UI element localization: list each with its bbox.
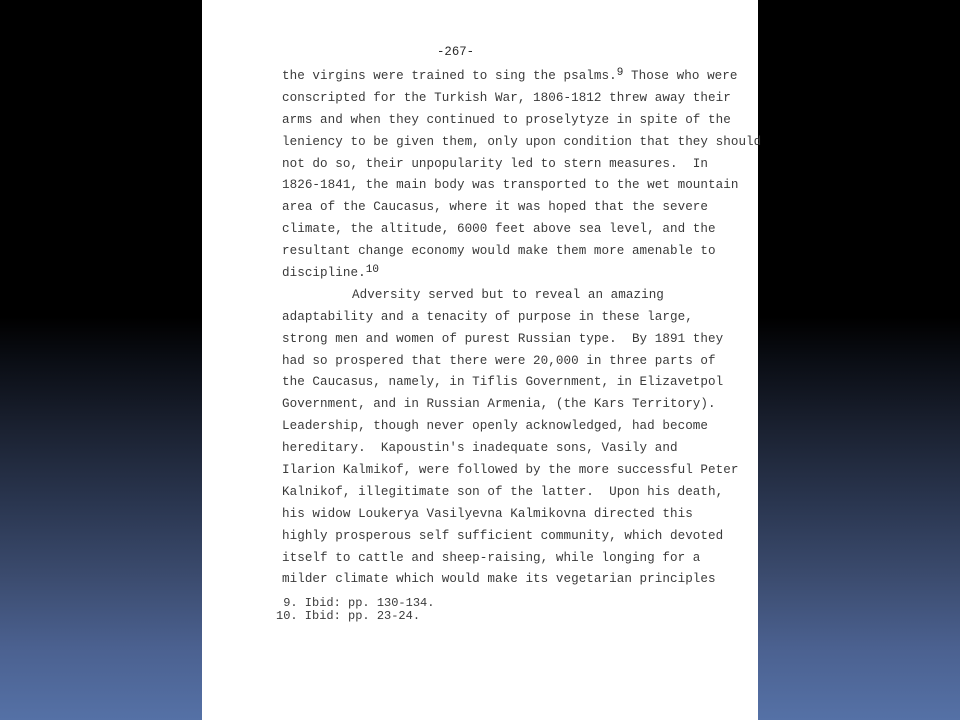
text-line: the virgins were trained to sing the psa… bbox=[282, 66, 712, 88]
text-line: discipline.10 bbox=[282, 263, 712, 285]
text-line-content: hereditary. Kapoustin's inadequate sons,… bbox=[282, 441, 678, 455]
text-line: 1826-1841, the main body was transported… bbox=[282, 175, 712, 197]
text-line-content: Ilarion Kalmikof, were followed by the m… bbox=[282, 463, 738, 477]
text-line-content: climate, the altitude, 6000 feet above s… bbox=[282, 222, 716, 236]
text-line: leniency to be given them, only upon con… bbox=[282, 132, 712, 154]
text-line: Government, and in Russian Armenia, (the… bbox=[282, 394, 712, 416]
text-line: conscripted for the Turkish War, 1806-18… bbox=[282, 88, 712, 110]
text-line-content: 1826-1841, the main body was transported… bbox=[282, 178, 738, 192]
text-line: not do so, their unpopularity led to ste… bbox=[282, 154, 712, 176]
text-line: strong men and women of purest Russian t… bbox=[282, 329, 712, 351]
text-line-content: had so prospered that there were 20,000 … bbox=[282, 354, 716, 368]
text-line: the Caucasus, namely, in Tiflis Governme… bbox=[282, 372, 712, 394]
text-line: climate, the altitude, 6000 feet above s… bbox=[282, 219, 712, 241]
text-line-content: Adversity served but to reveal an amazin… bbox=[352, 288, 664, 302]
text-line: his widow Loukerya Vasilyevna Kalmikovna… bbox=[282, 504, 712, 526]
text-line: itself to cattle and sheep-raising, whil… bbox=[282, 548, 712, 570]
text-line: area of the Caucasus, where it was hoped… bbox=[282, 197, 712, 219]
text-line: Adversity served but to reveal an amazin… bbox=[282, 285, 712, 307]
body-text: the virgins were trained to sing the psa… bbox=[282, 66, 712, 591]
text-line: Leadership, though never openly acknowle… bbox=[282, 416, 712, 438]
text-line-content: the Caucasus, namely, in Tiflis Governme… bbox=[282, 375, 723, 389]
text-line-content: Kalnikof, illegitimate son of the latter… bbox=[282, 485, 723, 499]
text-line-content: area of the Caucasus, where it was hoped… bbox=[282, 200, 708, 214]
text-line-content: Government, and in Russian Armenia, (the… bbox=[282, 397, 716, 411]
footnotes: 9. Ibid: pp. 130-134.10. Ibid: pp. 23-24… bbox=[276, 597, 434, 622]
text-line-content: not do so, their unpopularity led to ste… bbox=[282, 157, 708, 171]
text-line-content: Leadership, though never openly acknowle… bbox=[282, 419, 708, 433]
text-line-content: resultant change economy would make them… bbox=[282, 244, 716, 258]
text-line-content: adaptability and a tenacity of purpose i… bbox=[282, 310, 693, 324]
text-line-content: strong men and women of purest Russian t… bbox=[282, 332, 723, 346]
text-line-content: the virgins were trained to sing the psa… bbox=[282, 69, 617, 83]
text-line: had so prospered that there were 20,000 … bbox=[282, 351, 712, 373]
text-line: Ilarion Kalmikof, were followed by the m… bbox=[282, 460, 712, 482]
text-line-content: arms and when they continued to proselyt… bbox=[282, 113, 731, 127]
text-line-content: milder climate which would make its vege… bbox=[282, 572, 716, 586]
text-line-content: discipline. bbox=[282, 266, 366, 280]
footnote: 10. Ibid: pp. 23-24. bbox=[276, 610, 434, 623]
text-line: milder climate which would make its vege… bbox=[282, 569, 712, 591]
text-line: Kalnikof, illegitimate son of the latter… bbox=[282, 482, 712, 504]
text-line-content: conscripted for the Turkish War, 1806-18… bbox=[282, 91, 731, 105]
footnote: 9. Ibid: pp. 130-134. bbox=[276, 597, 434, 610]
footnote-reference: 10 bbox=[366, 264, 379, 276]
text-line: hereditary. Kapoustin's inadequate sons,… bbox=[282, 438, 712, 460]
text-line-content: his widow Loukerya Vasilyevna Kalmikovna… bbox=[282, 507, 693, 521]
text-line: arms and when they continued to proselyt… bbox=[282, 110, 712, 132]
text-line-content: leniency to be given them, only upon con… bbox=[282, 135, 761, 149]
text-line: highly prosperous self sufficient commun… bbox=[282, 526, 712, 548]
text-line-content: highly prosperous self sufficient commun… bbox=[282, 529, 723, 543]
text-line-content: itself to cattle and sheep-raising, whil… bbox=[282, 551, 700, 565]
text-line-continuation: Those who were bbox=[623, 69, 737, 83]
text-line: adaptability and a tenacity of purpose i… bbox=[282, 307, 712, 329]
text-line: resultant change economy would make them… bbox=[282, 241, 712, 263]
page-number: -267- bbox=[437, 44, 474, 59]
